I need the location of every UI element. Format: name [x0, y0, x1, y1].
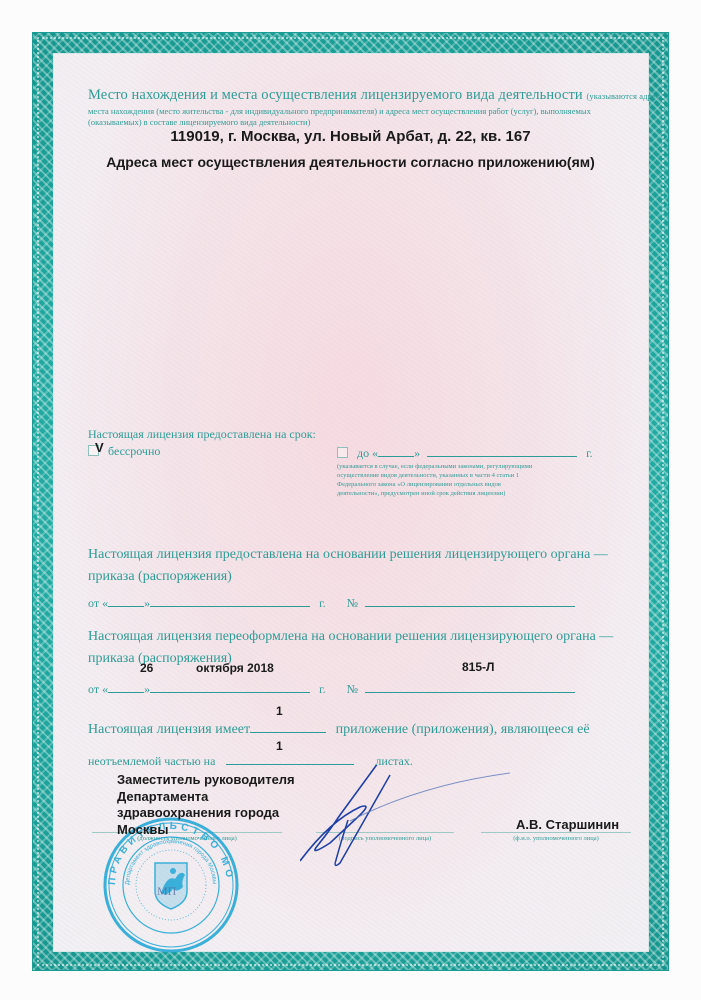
license-address: 119019, г. Москва, ул. Новый Арбат, д. 2…	[0, 128, 701, 145]
grant-from-prefix: от «	[88, 596, 108, 610]
location-heading-note: (указываются адрес	[587, 91, 660, 101]
grant-year-suffix: г.	[319, 596, 326, 610]
sheets-prefix: неотъемлемой частью на	[88, 754, 215, 768]
reissue-order-row: от «» г. №	[88, 682, 575, 697]
until-year-suffix: г.	[586, 446, 593, 460]
attachment-count-value: 1	[276, 704, 283, 718]
signatory-position: Заместитель руководителя Департамента зд…	[117, 772, 295, 838]
sheet-count-value: 1	[276, 739, 283, 753]
reissue-month-field[interactable]	[150, 682, 310, 693]
grant-month-field[interactable]	[150, 596, 310, 607]
grant-basis-text: Настоящая лицензия предоставлена на осно…	[88, 544, 628, 588]
reissue-year-suffix: г.	[319, 682, 326, 696]
attachment-count-field[interactable]	[250, 722, 326, 733]
until-day-field[interactable]	[378, 446, 414, 457]
until-date-field[interactable]	[427, 446, 577, 457]
reissue-from-prefix: от «	[88, 682, 108, 696]
reissue-number-value: 815-Л	[462, 660, 494, 674]
stamp-center-text: МП	[157, 884, 177, 898]
grant-day-field[interactable]	[108, 596, 144, 607]
reissue-basis-text: Настоящая лицензия переоформлена на осно…	[88, 626, 628, 670]
location-heading-text: Место нахождения и места осуществления л…	[88, 87, 583, 103]
grant-number-sign: №	[347, 596, 358, 610]
position-line: Заместитель руководителя	[117, 772, 295, 789]
location-subheading: места нахождения (место жительства - для…	[88, 106, 623, 128]
until-prefix: до «	[357, 446, 378, 460]
reissue-day-field[interactable]	[108, 682, 144, 693]
attachments-suffix: приложение (приложения), являющееся её	[336, 722, 590, 737]
until-checkbox[interactable]	[337, 447, 348, 458]
grant-order-row: от «» г. №	[88, 596, 575, 611]
unlimited-label: бессрочно	[108, 444, 160, 458]
handwritten-signature-icon	[300, 765, 540, 880]
activity-addresses-note: Адреса мест осуществления деятельности с…	[0, 154, 701, 170]
position-line: здравоохранения города	[117, 805, 295, 822]
reissue-number-sign: №	[347, 682, 358, 696]
position-line: Москвы	[117, 822, 295, 839]
attachments-line-1: Настоящая лицензия имеет приложение (при…	[88, 722, 590, 738]
until-mid: »	[414, 446, 420, 460]
term-until-option[interactable]: до «» г.	[337, 446, 593, 461]
reissue-number-field[interactable]	[365, 682, 575, 693]
term-footnote: (указывается в случае, если федеральными…	[337, 462, 537, 498]
check-mark-icon: V	[95, 440, 104, 455]
reissue-day-value: 26	[140, 661, 153, 675]
sheet-count-field[interactable]	[226, 754, 354, 765]
location-heading: Место нахождения и места осуществления л…	[88, 87, 660, 104]
reissue-month-year-value: октября 2018	[196, 661, 274, 675]
position-line: Департамента	[117, 789, 295, 806]
grant-number-field[interactable]	[365, 596, 575, 607]
attachments-prefix: Настоящая лицензия имеет	[88, 722, 250, 737]
term-label: Настоящая лицензия предоставлена на срок…	[88, 427, 316, 442]
